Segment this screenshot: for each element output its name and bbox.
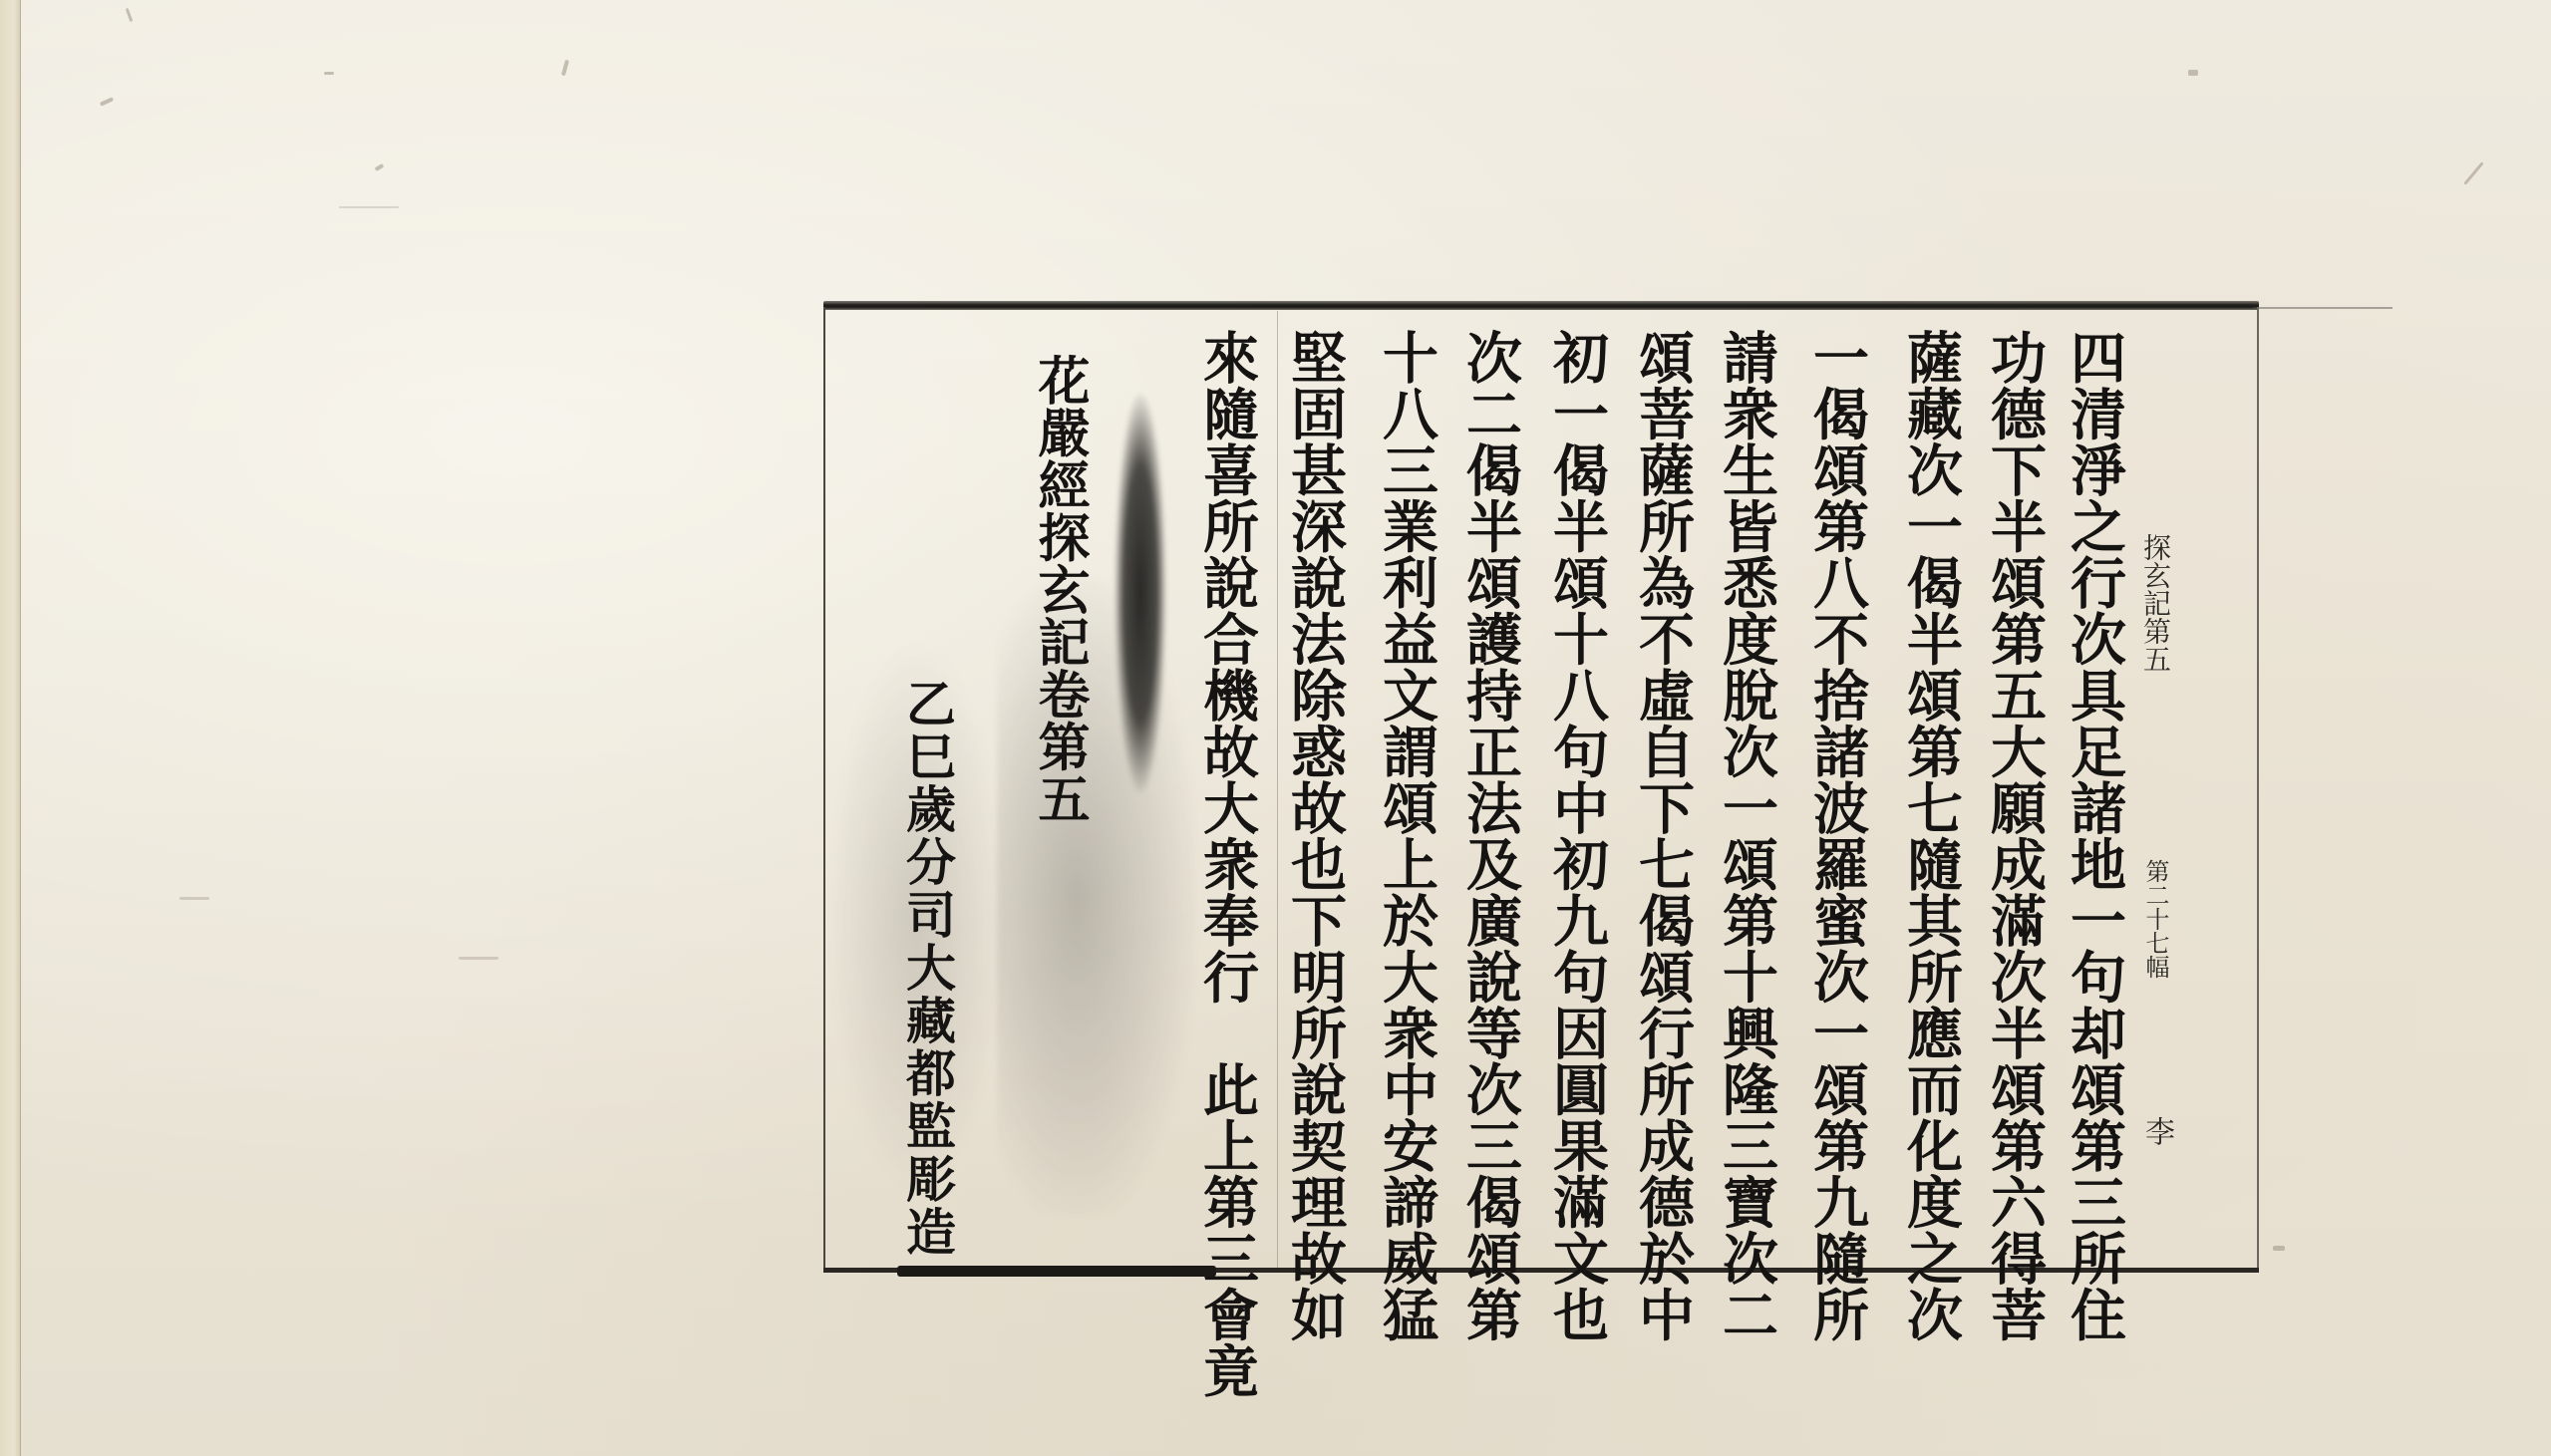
ink-smudge	[1115, 394, 1166, 792]
frame-bottom-rule-ink-blot	[897, 1266, 1216, 1277]
text-column-3: 薩藏次一偈半頌第七隨其所應而化度之次	[1903, 329, 1959, 1342]
text-column-2: 功德下半頌第五大願成滿次半頌第六得菩	[1987, 329, 2043, 1342]
text-column-11: 來隨喜所說合機故大衆奉行 此上第三會竟	[1199, 329, 1255, 1399]
margin-short-title: 探玄記第五	[2141, 533, 2169, 673]
margin-sheet-number: 第二十七幅	[2143, 859, 2167, 979]
paper-fiber	[339, 206, 399, 208]
text-column-1: 四清淨之行次具足諸地一句却頌第三所住	[2067, 329, 2122, 1342]
paper-fiber	[459, 957, 498, 960]
text-column-7: 初一偈半頌十八句中初九句因圓果滿文也	[1549, 329, 1605, 1342]
column-divider	[1277, 311, 1278, 1268]
volume-title: 花嚴經探玄記卷第五	[1033, 354, 1085, 825]
binding-edge	[0, 0, 21, 1456]
paper-fiber	[2188, 70, 2198, 76]
margin-carver-mark: 李	[2141, 1116, 2171, 1146]
paper-fiber	[2273, 1246, 2285, 1251]
text-column-4: 一偈頌第八不捨諸波羅蜜次一頌第九隨所	[1809, 329, 1865, 1342]
text-column-10: 堅固甚深說法除惑故也下明所說契理故如	[1287, 329, 1343, 1342]
paper-fiber	[324, 72, 334, 75]
paper-fiber	[179, 897, 209, 900]
colophon: 乙巳歲分司大藏都監彫造	[902, 678, 952, 1259]
text-column-6: 頌菩薩所為不虛自下七偈頌行所成德於中	[1635, 329, 1691, 1342]
ink-smear	[997, 578, 1196, 1216]
text-column-9: 十八三業利益文謂頌上於大衆中安諦威猛	[1379, 329, 1435, 1342]
frame-top-rule-extension	[2253, 307, 2392, 309]
text-column-8: 次二偈半頌護持正法及廣說等次三偈頌第	[1462, 329, 1518, 1342]
text-column-5: 請衆生皆悉度脫次一頌第十興隆三寶次二	[1719, 329, 1774, 1342]
